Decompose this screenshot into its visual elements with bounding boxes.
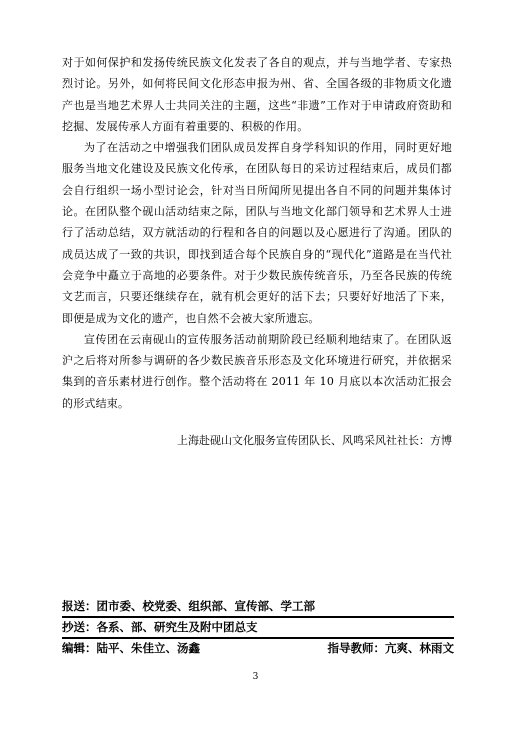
distribution-block: 报送：团市委、校党委、组织部、宣传部、学工部 抄送：各系、部、研究生及附中团总支… [62, 597, 454, 658]
editors-text: 编辑：陆平、朱佳立、汤鑫 [62, 639, 318, 658]
distribution-baosong-text: 报送：团市委、校党委、组织部、宣传部、学工部 [62, 599, 315, 613]
distribution-row-baosong: 报送：团市委、校党委、组织部、宣传部、学工部 [62, 597, 454, 618]
signature-line: 上海赴砚山文化服务宣传团队长、风鸣采风社社长：方博 [62, 430, 452, 451]
paragraph-team-discussion: 为了在活动之中增强我们团队成员发挥自身学科知识的作用，同时更好地服务当地文化建设… [62, 137, 452, 329]
page-number: 3 [0, 671, 511, 683]
distribution-row-editors: 编辑：陆平、朱佳立、汤鑫 指导教师：亢爽、林雨文 [62, 639, 454, 658]
advisors-text: 指导教师：亢爽、林雨文 [328, 639, 455, 658]
paragraph-conclusion: 宣传团在云南砚山的宣传服务活动前期阶段已经顺利地结束了。在团队返沪之后将对所参与… [62, 329, 452, 414]
paragraph-continued: 对于如何保护和发扬传统民族文化发表了各自的观点，并与当地学者、专家热烈讨论。另外… [62, 52, 452, 137]
distribution-row-chaosong: 抄送：各系、部、研究生及附中团总支 [62, 618, 454, 639]
distribution-chaosong-text: 抄送：各系、部、研究生及附中团总支 [62, 620, 258, 634]
document-page: 对于如何保护和发扬传统民族文化发表了各自的观点，并与当地学者、专家热烈讨论。另外… [0, 0, 511, 730]
document-body: 对于如何保护和发扬传统民族文化发表了各自的观点，并与当地学者、专家热烈讨论。另外… [62, 52, 452, 451]
